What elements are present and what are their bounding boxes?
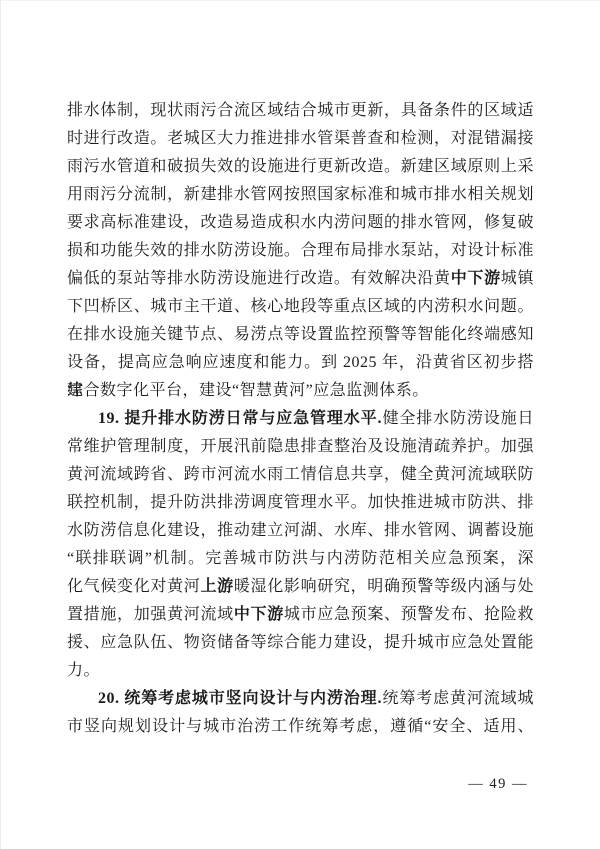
text-segment: 援、应急队伍、物资储备等综合能力建设，提升城市应急处置能: [67, 634, 534, 651]
text-line: 联控机制，提升防洪排涝调度管理水平。加快推进城市防洪、排: [67, 489, 534, 517]
text-line: 在排水设施关键节点、易涝点等设置监控预警等智能化终端感知: [67, 321, 534, 349]
bold-text-segment: 19. 提升排水防涝日常与应急管理水平.: [98, 410, 382, 427]
text-line: 综合数字化平台，建设“智慧黄河”应急监测体系。: [67, 377, 534, 405]
text-segment: 偏低的泵站等排水防涝设施进行改造。有效解决沿黄: [67, 270, 451, 287]
text-segment: 暖湿化影响研究，明确预警等级内涵与处: [234, 578, 534, 595]
text-segment: 置措施，加强黄河流域: [67, 606, 234, 623]
document-page: { "document": { "page_number": "— 49 —",…: [0, 0, 600, 849]
text-line: 水防涝信息化建设，推动建立河湖、水库、排水管网、调蓄设施: [67, 517, 534, 545]
page-number: — 49 —: [468, 776, 528, 793]
text-line: 偏低的泵站等排水防涝设施进行改造。有效解决沿黄中下游城镇: [67, 265, 534, 293]
text-segment: “联排联调”机制。完善城市防洪与内涝防范相关应急预案，深: [67, 550, 534, 567]
text-segment: 联控机制，提升防洪排涝调度管理水平。加快推进城市防洪、排: [67, 494, 534, 511]
text-line: 市竖向规划设计与城市治涝工作统筹考虑，遵循“安全、适用、: [67, 713, 534, 741]
text-line: 援、应急队伍、物资储备等综合能力建设，提升城市应急处置能: [67, 629, 534, 657]
text-line: 设备，提高应急响应速度和能力。到 2025 年，沿黄省区初步搭建: [67, 349, 534, 377]
text-line: 时进行改造。老城区大力推进排水管渠普查和检测，对混错漏接: [67, 125, 534, 153]
text-segment: 化气候变化对黄河: [67, 578, 200, 595]
bold-text-segment: 中下游: [234, 606, 284, 623]
text-segment: 力。: [67, 662, 100, 679]
text-segment: 雨污水管道和破损失效的设施进行更新改造。新建区域原则上采: [67, 158, 534, 175]
text-segment: 要求高标准建设，改造易造成积水内涝问题的排水管网，修复破: [67, 214, 534, 231]
text-line: 20. 统筹考虑城市竖向设计与内涝治理.统筹考虑黄河流域城: [67, 685, 534, 713]
text-line: 力。: [67, 657, 534, 685]
text-segment: 统筹考虑黄河流域城: [382, 690, 534, 707]
text-segment: 城镇: [501, 270, 534, 287]
document-body: 排水体制，现状雨污合流区域结合城市更新，具备条件的区域适时进行改造。老城区大力推…: [67, 97, 534, 741]
text-segment: 用雨污分流制，新建排水管网按照国家标准和城市排水相关规划: [67, 186, 534, 203]
text-segment: 水防涝信息化建设，推动建立河湖、水库、排水管网、调蓄设施: [67, 522, 534, 539]
text-segment: 健全排水防涝设施日: [382, 410, 534, 427]
text-line: 损和功能失效的排水防涝设施。合理布局排水泵站，对设计标准: [67, 237, 534, 265]
bold-text-segment: 上游: [200, 578, 233, 595]
text-line: 雨污水管道和破损失效的设施进行更新改造。新建区域原则上采: [67, 153, 534, 181]
bold-text-segment: 中下游: [451, 270, 501, 287]
text-line: 置措施，加强黄河流域中下游城市应急预案、预警发布、抢险救: [67, 601, 534, 629]
text-line: 19. 提升排水防涝日常与应急管理水平.健全排水防涝设施日: [67, 405, 534, 433]
text-line: 黄河流域跨省、跨市河流水雨工情信息共享，健全黄河流域联防: [67, 461, 534, 489]
text-segment: 综合数字化平台，建设“智慧黄河”应急监测体系。: [67, 382, 429, 399]
text-line: 要求高标准建设，改造易造成积水内涝问题的排水管网，修复破: [67, 209, 534, 237]
text-line: 用雨污分流制，新建排水管网按照国家标准和城市排水相关规划: [67, 181, 534, 209]
text-segment: 时进行改造。老城区大力推进排水管渠普查和检测，对混错漏接: [67, 130, 534, 147]
text-segment: 常维护管理制度，开展汛前隐患排查整治及设施清疏养护。加强: [67, 438, 534, 455]
text-line: 化气候变化对黄河上游暖湿化影响研究，明确预警等级内涵与处: [67, 573, 534, 601]
text-segment: 损和功能失效的排水防涝设施。合理布局排水泵站，对设计标准: [67, 242, 534, 259]
bold-text-segment: 20. 统筹考虑城市竖向设计与内涝治理.: [98, 690, 382, 707]
text-segment: 下凹桥区、城市主干道、核心地段等重点区域的内涝积水问题。: [67, 298, 534, 315]
text-segment: 市竖向规划设计与城市治涝工作统筹考虑，遵循“安全、适用、: [67, 718, 534, 735]
text-line: 排水体制，现状雨污合流区域结合城市更新，具备条件的区域适: [67, 97, 534, 125]
text-segment: 在排水设施关键节点、易涝点等设置监控预警等智能化终端感知: [67, 326, 534, 343]
text-segment: 黄河流域跨省、跨市河流水雨工情信息共享，健全黄河流域联防: [67, 466, 534, 483]
text-segment: 城市应急预案、预警发布、抢险救: [284, 606, 534, 623]
text-line: 常维护管理制度，开展汛前隐患排查整治及设施清疏养护。加强: [67, 433, 534, 461]
text-line: “联排联调”机制。完善城市防洪与内涝防范相关应急预案，深: [67, 545, 534, 573]
text-line: 下凹桥区、城市主干道、核心地段等重点区域的内涝积水问题。: [67, 293, 534, 321]
text-segment: 排水体制，现状雨污合流区域结合城市更新，具备条件的区域适: [67, 102, 534, 119]
